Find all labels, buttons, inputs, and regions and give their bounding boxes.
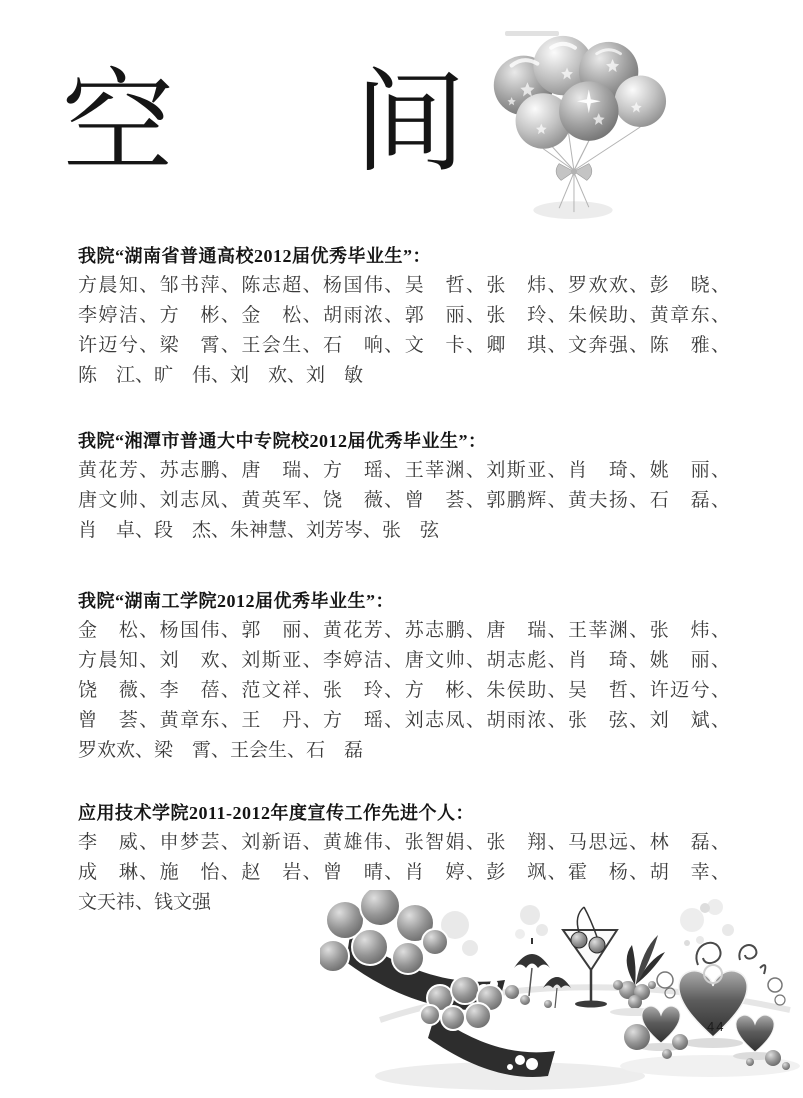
- section-heading: 我院“湘潭市普通大中专院校2012届优秀毕业生”：: [78, 426, 730, 456]
- party-illustration: [320, 890, 803, 1098]
- balloon-bouquet-illustration: [472, 24, 670, 222]
- name-list-line: 李 威、申梦芸、刘新语、黄雄伟、张智娟、张 翔、马思远、林 磊、: [78, 828, 730, 858]
- section-heading: 应用技术学院2011-2012年度宣传工作先进个人：: [78, 798, 730, 828]
- name-list-line: 罗欢欢、梁 霄、王会生、石 磊: [78, 736, 730, 766]
- name-list-line: 李婷洁、方 彬、金 松、胡雨浓、郭 丽、张 玲、朱候助、黄章东、: [78, 301, 730, 331]
- name-list-line: 曾 荟、黄章东、王 丹、方 瑶、刘志凤、胡雨浓、张 弦、刘 斌、: [78, 706, 730, 736]
- name-list-line: 方晨知、邹书萍、陈志超、杨国伟、吴 哲、张 炜、罗欢欢、彭 晓、: [78, 271, 730, 301]
- name-list-line: 肖 卓、段 杰、朱神慧、刘芳岑、张 弦: [78, 516, 730, 546]
- name-list-line: 许迈兮、梁 霄、王会生、石 响、文 卡、卿 琪、文奔强、陈 雅、: [78, 331, 730, 361]
- page-number: 44: [707, 1019, 725, 1034]
- section-hunan-institute-graduates: 我院“湖南工学院2012届优秀毕业生”： 金 松、杨国伟、郭 丽、黄花芳、苏志鹏…: [78, 586, 730, 766]
- name-list-line: 黄花芳、苏志鹏、唐 瑞、方 瑶、王莘渊、刘斯亚、肖 琦、姚 丽、: [78, 456, 730, 486]
- section-hunan-province-graduates: 我院“湖南省普通高校2012届优秀毕业生”： 方晨知、邹书萍、陈志超、杨国伟、吴…: [78, 241, 730, 391]
- name-list-line: 唐文帅、刘志凤、黄英军、饶 薇、曾 荟、郭鹏辉、黄夫扬、石 磊、: [78, 486, 730, 516]
- section-heading: 我院“湖南省普通高校2012届优秀毕业生”：: [78, 241, 730, 271]
- section-xiangtan-city-graduates: 我院“湘潭市普通大中专院校2012届优秀毕业生”： 黄花芳、苏志鹏、唐 瑞、方 …: [78, 426, 730, 546]
- section-heading: 我院“湖南工学院2012届优秀毕业生”：: [78, 586, 730, 616]
- name-list-line: 饶 薇、李 蓓、范文祥、张 玲、方 彬、朱侯助、吴 哲、许迈兮、: [78, 676, 730, 706]
- name-list-line: 成 琳、施 怡、赵 岩、曾 晴、肖 婷、彭 飒、霍 杨、胡 幸、: [78, 858, 730, 888]
- page-title-char-kong: 空: [62, 68, 174, 180]
- name-list-line: 陈 江、旷 伟、刘 欢、刘 敏: [78, 361, 730, 391]
- name-list-line: 金 松、杨国伟、郭 丽、黄花芳、苏志鹏、唐 瑞、王莘渊、张 炜、: [78, 616, 730, 646]
- page-title-char-jian: 间: [354, 68, 466, 180]
- name-list-line: 方晨知、刘 欢、刘斯亚、李婷洁、唐文帅、胡志彪、肖 琦、姚 丽、: [78, 646, 730, 676]
